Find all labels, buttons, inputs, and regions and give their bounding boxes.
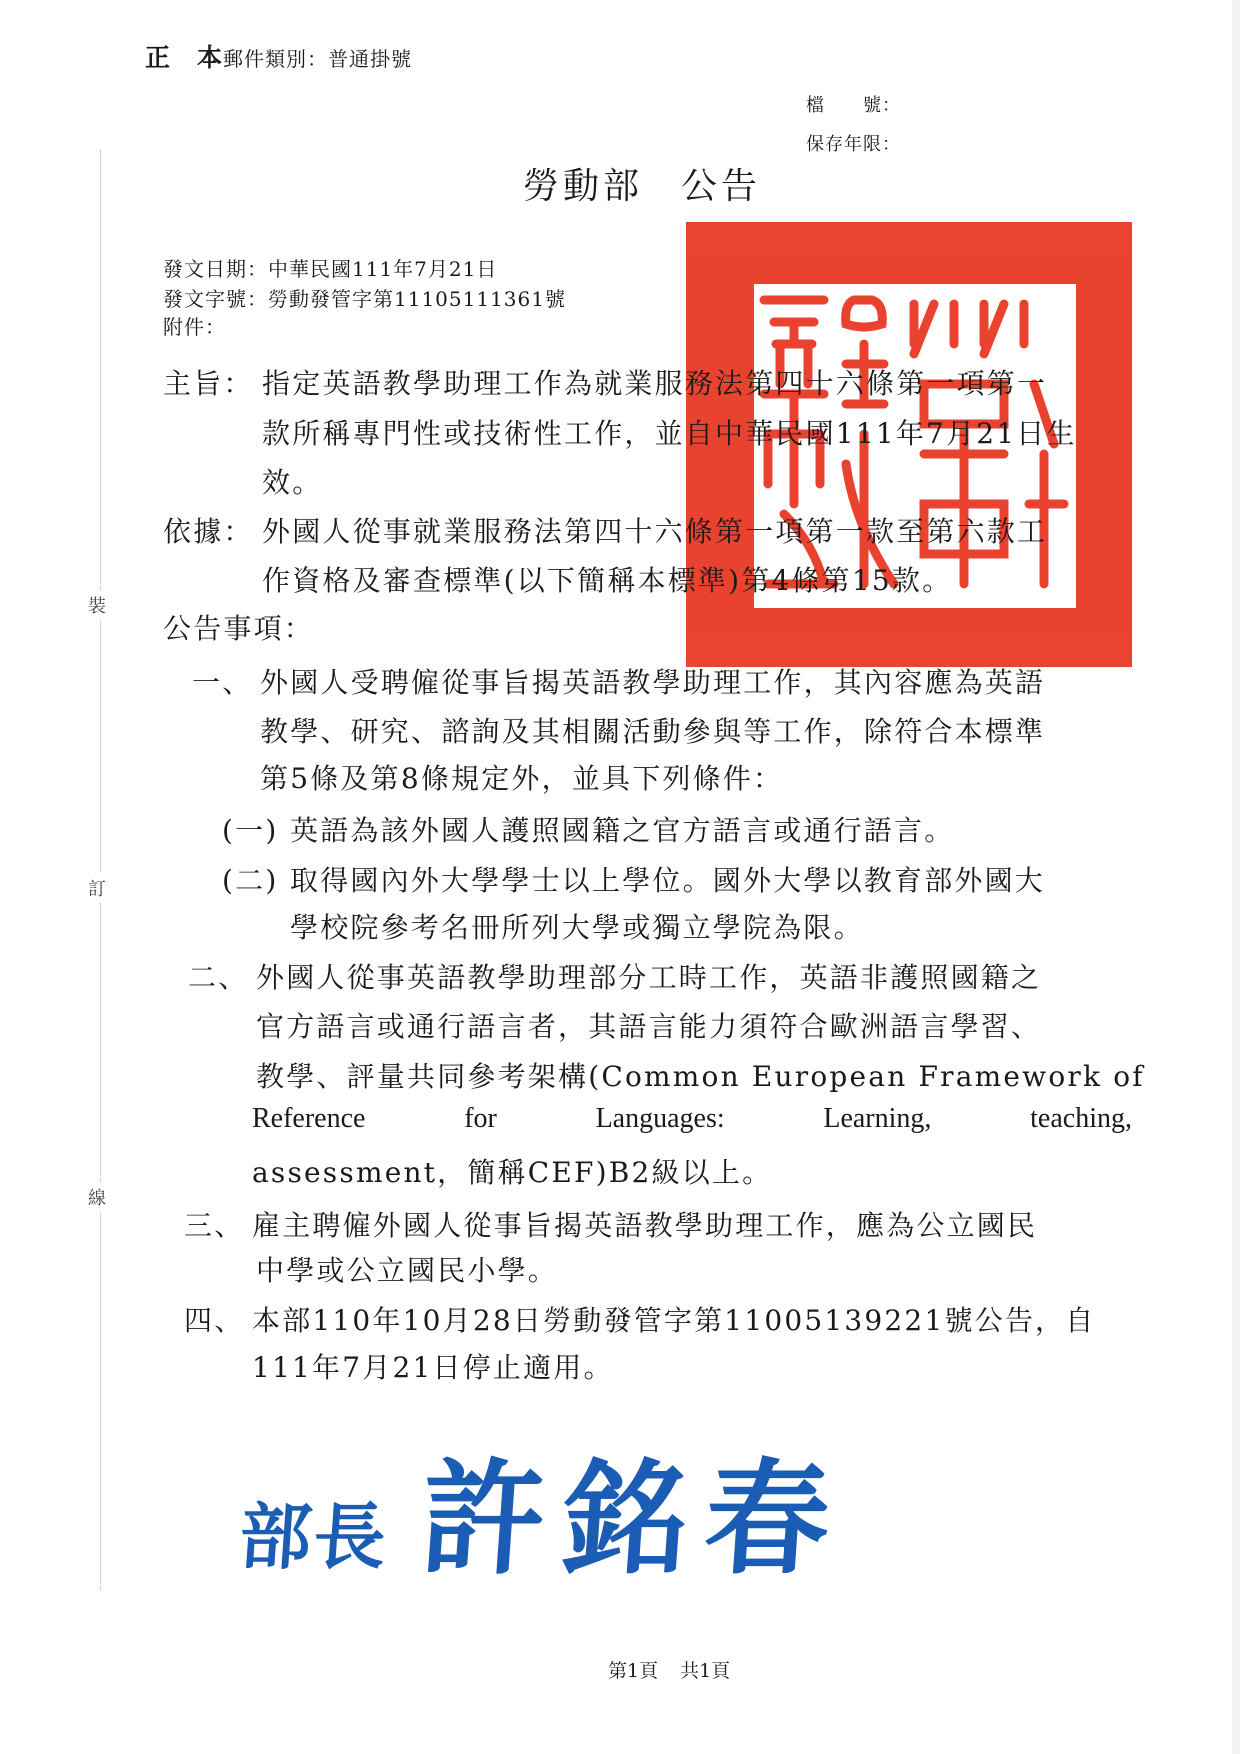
- item-line: 本部110年10月28日勞動發管字第11005139221號公告，自: [252, 1299, 1095, 1339]
- item-marker: 四、: [184, 1299, 244, 1339]
- signature-name: 許銘春: [416, 1420, 854, 1598]
- signature-title: 部長: [236, 1479, 391, 1583]
- item-line: 外國人從事英語教學助理部分工時工作，英語非護照國籍之: [256, 956, 1041, 996]
- subitem-marker: (二): [222, 859, 278, 899]
- copy-type-zheng: 正: [145, 43, 171, 72]
- basis-line: 外國人從事就業服務法第四十六條第一項第一款至第六款工: [262, 510, 1047, 550]
- word: Reference: [252, 1103, 365, 1135]
- item-line: 外國人受聘僱從事旨揭英語教學助理工作，其內容應為英語: [260, 661, 1045, 701]
- word: for: [464, 1103, 497, 1135]
- item-marker: 二、: [188, 956, 248, 996]
- item-line: 教學、評量共同參考架構(Common European Framework of: [256, 1055, 1145, 1095]
- issue-date: 發文日期：中華民國111年7月21日: [163, 253, 497, 282]
- agency-name: 勞動部: [523, 166, 643, 207]
- basis-line: 作資格及審查標準(以下簡稱本標準)第4條第15款。: [262, 559, 952, 599]
- subitem-line: 學校院參考名冊所列大學或獨立學院為限。: [290, 906, 864, 946]
- subitem-line: 英語為該外國人護照國籍之官方語言或通行語言。: [290, 809, 954, 849]
- document-title: 勞動部公告: [523, 158, 761, 209]
- page-number: 第1頁: [608, 1660, 658, 1682]
- subject-line: 效。: [262, 461, 322, 501]
- item-marker: 三、: [184, 1204, 244, 1244]
- issue-number: 發文字號：勞動發管字第11105111361號: [163, 283, 566, 312]
- mail-category-line: 正本郵件類別：普通掛號: [145, 38, 412, 74]
- subitem-line: 取得國內外大學學士以上學位。國外大學以教育部外國大: [290, 859, 1045, 899]
- item-line: 官方語言或通行語言者，其語言能力須符合歐洲語言學習、: [256, 1005, 1041, 1045]
- item-marker: 一、: [192, 661, 252, 701]
- item-line: 第5條及第8條規定外，並具下列條件：: [260, 757, 783, 797]
- subitem-marker: (一): [222, 809, 278, 849]
- page-footer: 第1頁共1頁: [608, 1656, 730, 1683]
- announcement-label: 公告事項：: [163, 607, 314, 647]
- item-line-justified: Reference for Languages: Learning, teach…: [252, 1103, 1132, 1135]
- word: Learning,: [823, 1103, 931, 1135]
- subject-line: 指定英語教學助理工作為就業服務法第四十六條第一項第一: [262, 362, 1047, 402]
- subject-label: 主旨：: [163, 362, 254, 402]
- mail-category: 郵件類別：普通掛號: [223, 47, 412, 71]
- attachment-label: 附件：: [163, 311, 226, 340]
- page-total: 共1頁: [680, 1660, 730, 1682]
- file-number-label: 檔 號：: [806, 91, 901, 117]
- subject-line: 款所稱專門性或技術性工作，並自中華民國111年7月21日生: [262, 412, 1077, 452]
- item-line: assessment，簡稱CEF)B2級以上。: [252, 1151, 772, 1191]
- item-line: 雇主聘僱外國人從事旨揭英語教學助理工作，應為公立國民: [252, 1204, 1037, 1244]
- item-line: 中學或公立國民小學。: [256, 1249, 558, 1289]
- copy-type-ben: 本: [197, 43, 223, 72]
- word: Languages:: [596, 1103, 725, 1135]
- word: teaching,: [1030, 1103, 1132, 1135]
- item-line: 111年7月21日停止適用。: [252, 1346, 614, 1386]
- minister-signature: 部長許銘春: [240, 1420, 848, 1598]
- item-line: 教學、研究、諮詢及其相關活動參與等工作，除符合本標準: [260, 710, 1045, 750]
- document-type: 公告: [681, 166, 761, 207]
- basis-label: 依據：: [163, 510, 254, 550]
- retention-period-label: 保存年限：: [806, 130, 901, 156]
